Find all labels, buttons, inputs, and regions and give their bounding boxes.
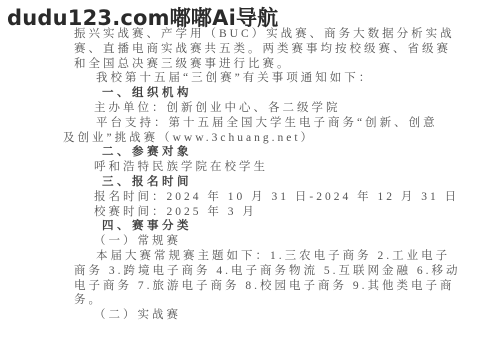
paragraph-line: 赛、直播电商实战赛共五类。两类赛事均按校级赛、省级赛 — [62, 42, 472, 57]
subsection-heading-1: （一）常规赛 — [62, 234, 472, 249]
paragraph-line: 振兴实战赛、产学用（BUC）实战赛、商务大数据分析实战 — [62, 27, 472, 42]
paragraph-line: 平台支持：第十五届全国大学生电子商务“创新、创意 — [62, 116, 472, 131]
paragraph-line: 电子商务 7.旅游电子商务 8.校园电子商务 9.其他类电子商 — [62, 279, 472, 294]
paragraph-line: 呼和浩特民族学院在校学生 — [62, 160, 472, 175]
registration-period: 报名时间：2024 年 10 月 31 日-2024 年 12 月 31 日 — [62, 190, 472, 205]
paragraph-line: 和全国总决赛三级赛事进行比赛。 — [62, 57, 472, 72]
paragraph-line: 商务 3.跨境电子商务 4.电子商务物流 5.互联网金融 6.移动 — [62, 264, 472, 279]
paragraph-line: 本届大赛常规赛主题如下：1.三农电子商务 2.工业电子 — [62, 249, 472, 264]
section-heading-2: 二、参赛对象 — [62, 145, 472, 160]
paragraph-line: 我校第十五届“三创赛”有关事项通知如下： — [62, 71, 472, 86]
section-heading-4: 四、赛事分类 — [62, 219, 472, 234]
section-heading-1: 一、组织机构 — [62, 86, 472, 101]
paragraph-line: 及创业”挑战赛（www.3chuang.net） — [62, 131, 472, 146]
document-body: 振兴实战赛、产学用（BUC）实战赛、商务大数据分析实战 赛、直播电商实战赛共五类… — [62, 27, 472, 323]
paragraph-line: 主办单位：创新创业中心、各二级学院 — [62, 101, 472, 116]
school-round-date: 校赛时间：2025 年 3 月 — [62, 205, 472, 220]
document-page: dudu123.com嘟嘟Ai导航 振兴实战赛、产学用（BUC）实战赛、商务大数… — [0, 0, 500, 360]
paragraph-line: 务。 — [62, 293, 472, 308]
subsection-heading-2: （二）实战赛 — [62, 308, 472, 323]
section-heading-3: 三、报名时间 — [62, 175, 472, 190]
